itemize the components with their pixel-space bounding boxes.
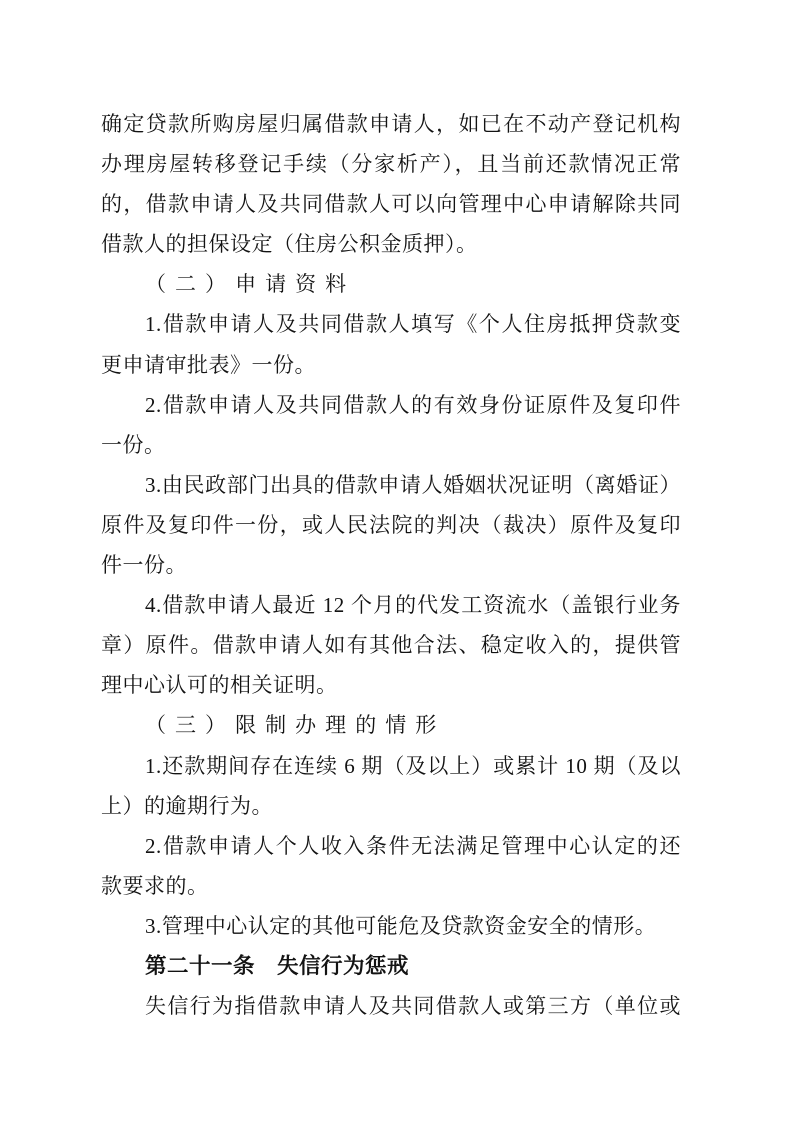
text-line: （三）限制办理的情形 xyxy=(101,705,681,745)
text-line: 款要求的。 xyxy=(101,866,681,906)
text-line: 借款人的担保设定（住房公积金质押）。 xyxy=(101,224,681,264)
text-line: 办理房屋转移登记手续（分家析产），且当前还款情况正常 xyxy=(101,144,681,184)
text-line: 一份。 xyxy=(101,425,681,465)
article-heading-line: 第二十一条 失信行为惩戒 xyxy=(101,946,681,986)
body-text: 确定贷款所购房屋归属借款申请人，如已在不动产登记机构办理房屋转移登记手续（分家析… xyxy=(101,104,681,1026)
text-line: 失信行为指借款申请人及共同借款人或第三方（单位或 xyxy=(101,986,681,1026)
text-line: 1.借款申请人及共同借款人填写《个人住房抵押贷款变 xyxy=(101,304,681,344)
document-page: 确定贷款所购房屋归属借款申请人，如已在不动产登记机构办理房屋转移登记手续（分家析… xyxy=(0,0,794,1122)
text-line: 3.由民政部门出具的借款申请人婚姻状况证明（离婚证） xyxy=(101,465,681,505)
text-line: 上）的逾期行为。 xyxy=(101,786,681,826)
text-line: 2.借款申请人个人收入条件无法满足管理中心认定的还 xyxy=(101,826,681,866)
text-line: （二）申请资料 xyxy=(101,264,681,304)
text-line: 的，借款申请人及共同借款人可以向管理中心申请解除共同 xyxy=(101,184,681,224)
text-line: 理中心认可的相关证明。 xyxy=(101,665,681,705)
text-line: 原件及复印件一份，或人民法院的判决（裁决）原件及复印 xyxy=(101,505,681,545)
text-line: 确定贷款所购房屋归属借款申请人，如已在不动产登记机构 xyxy=(101,104,681,144)
text-line: 章）原件。借款申请人如有其他合法、稳定收入的，提供管 xyxy=(101,625,681,665)
text-line: 2.借款申请人及共同借款人的有效身份证原件及复印件 xyxy=(101,385,681,425)
text-line: 4.借款申请人最近 12 个月的代发工资流水（盖银行业务 xyxy=(101,585,681,625)
text-line: 更申请审批表》一份。 xyxy=(101,345,681,385)
text-line: 1.还款期间存在连续 6 期（及以上）或累计 10 期（及以 xyxy=(101,746,681,786)
text-line: 件一份。 xyxy=(101,545,681,585)
text-line: 3.管理中心认定的其他可能危及贷款资金安全的情形。 xyxy=(101,906,681,946)
